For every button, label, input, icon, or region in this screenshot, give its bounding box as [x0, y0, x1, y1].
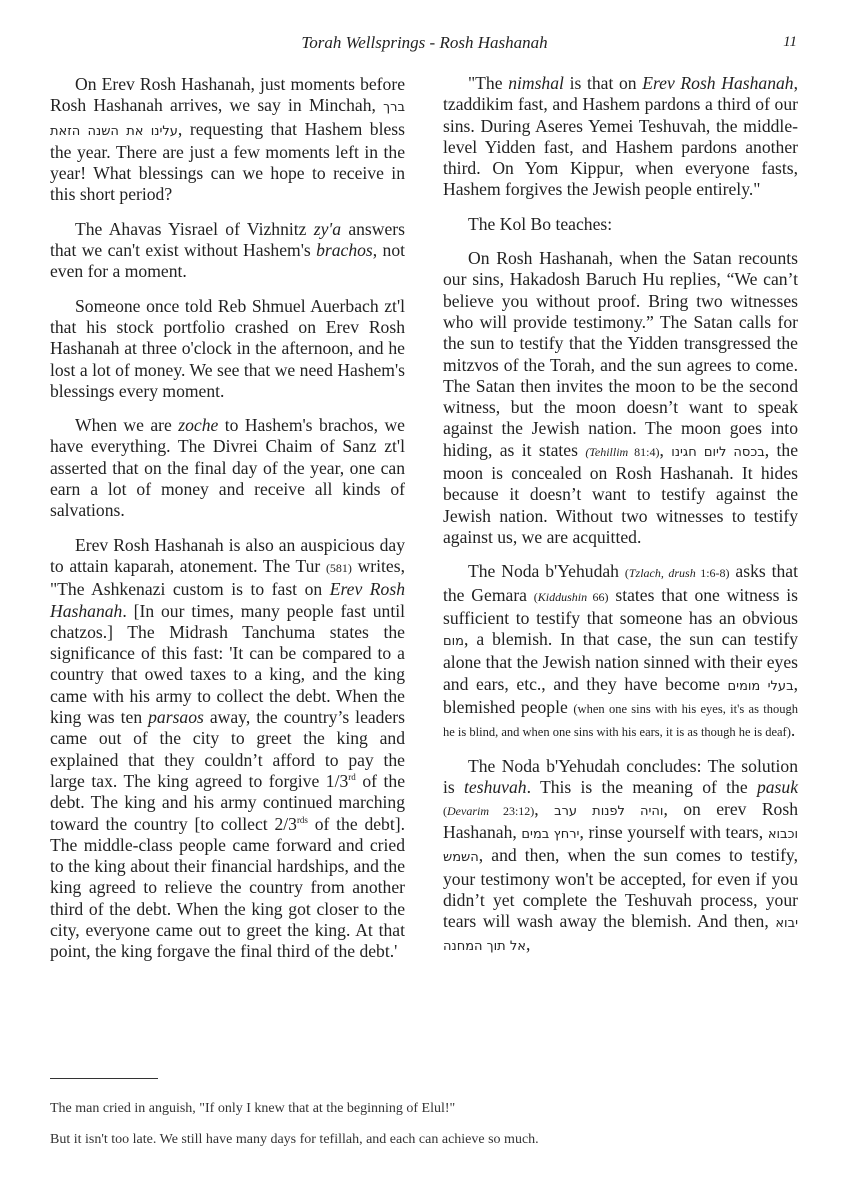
text: , and then, when the sun comes to testif…: [443, 845, 798, 931]
page-number: 11: [783, 34, 797, 51]
italic-text: pasuk: [757, 777, 798, 797]
italic-text: brachos: [316, 240, 373, 260]
text: , rinse yourself with tears,: [579, 822, 767, 842]
source-reference: (Tehillim: [585, 445, 628, 459]
italic-text: nimshal: [508, 73, 564, 93]
hebrew-text: ירחץ במים: [521, 827, 579, 842]
paragraph-ahavas-yisrael: The Ahavas Yisrael of Vizhnitz zy'a answ…: [50, 219, 405, 283]
text: . This is the meaning of the: [527, 777, 757, 797]
text: The Ahavas Yisrael of Vizhnitz: [75, 219, 314, 239]
text: .: [791, 720, 795, 740]
source-reference: Kiddushin: [538, 590, 587, 604]
paragraph-kol-bo: The Kol Bo teaches:: [443, 214, 798, 235]
text: is that on: [564, 73, 642, 93]
footnote-line: The man cried in anguish, "If only I kne…: [50, 1100, 810, 1118]
paragraph-nimshal: "The nimshal is that on Erev Rosh Hashan…: [443, 73, 798, 201]
source-reference: 81:4): [628, 445, 659, 459]
text: "The: [468, 73, 508, 93]
source-reference: Tzlach, drush: [629, 566, 696, 580]
text: On Erev Rosh Hashanah, just moments befo…: [50, 74, 405, 115]
left-column: On Erev Rosh Hashanah, just moments befo…: [50, 74, 405, 976]
footnote-line: But it isn't too late. We still have man…: [50, 1131, 810, 1149]
paragraph-reb-shmuel: Someone once told Reb Shmuel Auerbach zt…: [50, 296, 405, 402]
running-header: Torah Wellsprings - Rosh Hashanah 11: [0, 33, 849, 57]
superscript: rd: [348, 772, 356, 782]
text: The Noda b'Yehudah: [468, 561, 625, 581]
text: When we are: [75, 415, 178, 435]
footnotes: The man cried in anguish, "If only I kne…: [50, 1100, 810, 1162]
italic-text: Erev Rosh Hashanah: [642, 73, 793, 93]
hebrew-text: והיה לפנות ערב: [554, 804, 663, 819]
paragraph-satan-witnesses: On Rosh Hashanah, when the Satan recount…: [443, 248, 798, 548]
text: of the debt]. The middle-class people ca…: [50, 814, 405, 962]
source-reference: 1:6-8): [696, 566, 730, 580]
source-reference: 23:12): [489, 804, 534, 818]
italic-text: zoche: [178, 415, 218, 435]
paragraph-noda-concludes: The Noda b'Yehudah concludes: The soluti…: [443, 756, 798, 958]
right-column: "The nimshal is that on Erev Rosh Hashan…: [443, 73, 798, 971]
paragraph-noda-asks: The Noda b'Yehudah (Tzlach, drush 1:6-8)…: [443, 561, 798, 743]
paragraph-kaparah-parable: Erev Rosh Hashanah is also an auspicious…: [50, 535, 405, 963]
text: ,: [526, 934, 530, 954]
footnote-divider: [50, 1078, 158, 1079]
hebrew-text: מום: [443, 634, 464, 649]
hebrew-text: בכסה ליום חגינו: [671, 445, 764, 460]
header-title: Torah Wellsprings - Rosh Hashanah: [0, 33, 849, 53]
text: On Rosh Hashanah, when the Satan recount…: [443, 248, 798, 460]
text: ,: [534, 799, 554, 819]
italic-text: teshuvah: [464, 777, 527, 797]
superscript: rds: [297, 815, 308, 825]
hebrew-text: בעלי מומים: [728, 679, 794, 694]
source-reference: 66): [587, 590, 608, 604]
italic-text: parsaos: [148, 707, 204, 727]
italic-text: zy'a: [314, 219, 341, 239]
text: ,: [660, 440, 672, 460]
source-reference: (581): [326, 561, 352, 575]
paragraph-erev-minchah: On Erev Rosh Hashanah, just moments befo…: [50, 74, 405, 206]
source-reference: Devarim: [447, 804, 489, 818]
paragraph-divrei-chaim: When we are zoche to Hashem's brachos, w…: [50, 415, 405, 521]
